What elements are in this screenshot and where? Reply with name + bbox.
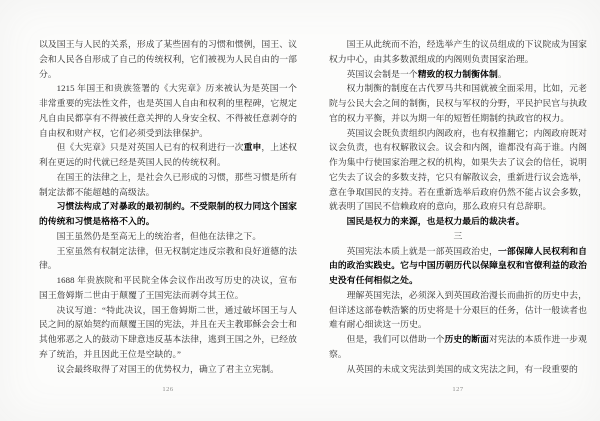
paragraph: 英国宪法本质上就是一部英国政治史，一部保障人民权利和自由的政治实践史。它与中国历…: [329, 244, 587, 288]
body-text: 决议写道：“特此决议，国王詹姆斯二世，通过破坏国王与人民之间的原始契约而颠覆王国…: [39, 305, 297, 359]
emphasis-text: 精致的权力制衡体制: [418, 69, 498, 79]
body-text: 英国宪法本质上就是一部英国政治史，: [347, 246, 498, 256]
paragraph: 习惯法构成了对暴政的最初制约。不受限制的权力同这个国家的传统和习惯是格格不入的。: [39, 199, 297, 229]
book-spread: 以及国王与人民的关系，形成了某些固有的习惯和惯例，国王、议会和人民各自形成了自己…: [0, 0, 600, 421]
paragraph: 但是，我们可以借助一个历史的断面对宪法的本质作进一步观察。: [329, 332, 587, 362]
page-right-text: 国王从此统而不治，经选举产生的议员组成的下议院成为国家权力中心，由其多数派组成的…: [329, 37, 587, 376]
body-text: 但《大宪章》只是对英国人已有的权利进行一次: [57, 142, 244, 152]
body-text: 国王虽然仍是至高无上的统治者，但他在法律之下。: [57, 231, 262, 241]
body-text: 但是，我们可以借助一个: [347, 334, 445, 344]
paragraph: 国王虽然仍是至高无上的统治者，但他在法律之下。: [39, 229, 297, 244]
paragraph: 1215 年国王和贵族签署的《大宪章》历来被认为是英国一个非常重要的宪法性文件，…: [39, 81, 297, 140]
body-text: 1688 年贵族院和平民院全体会议作出改写历史的决议，宣布国王詹姆斯二世由于颠覆…: [39, 275, 297, 300]
body-text: 三: [454, 231, 463, 241]
paragraph: 1688 年贵族院和平民院全体会议作出改写历史的决议，宣布国王詹姆斯二世由于颠覆…: [39, 273, 297, 303]
paragraph: 从英国的未成文宪法到美国的成文宪法之间，有一段重要的: [329, 362, 587, 377]
body-text: 理解英国宪法，必须深入到英国政治漫长而曲折的历史中去，但详述这部卷帙浩繁的历史将…: [329, 290, 587, 330]
body-text: 。: [498, 69, 507, 79]
body-text: 权力制衡的制度在古代罗马共和国就被全面采用，比如，元老院与公民大会之间的制衡，民…: [329, 83, 587, 123]
body-text: 英国议会制是一个: [347, 69, 418, 79]
body-text: 国王从此统而不治，经选举产生的议员组成的下议院成为国家权力中心，由其多数派组成的…: [329, 39, 587, 64]
page-right: 国王从此统而不治，经选举产生的议员组成的下议院成为国家权力中心，由其多数派组成的…: [329, 37, 587, 407]
paragraph: 决议写道：“特此决议，国王詹姆斯二世，通过破坏国王与人民之间的原始契约而颠覆王国…: [39, 303, 297, 362]
body-text: 英国议会既负责组织内阁政府，也有权推翻它；内阁政府既对议会负责，也有权解散议会。…: [329, 128, 587, 212]
body-text: 王室虽然有权制定法律，但无权制定违反宗教和良好道德的法律。: [39, 246, 297, 271]
body-text: 议会最终取得了对国王的优势权力，确立了君主立宪制。: [57, 364, 279, 374]
paragraph: 英国议会制是一个精致的权力制衡体制。: [329, 67, 587, 82]
emphasis-text: 历史的断面: [445, 334, 490, 344]
paragraph: 以及国王与人民的关系，形成了某些固有的习惯和惯例，国王、议会和人民各自形成了自己…: [39, 37, 297, 81]
body-text: 在国王的法律之上，是社会久已形成的习惯，那些习惯是所有制定法都不能超越的高级法。: [39, 172, 297, 197]
body-text: 以及国王与人民的关系，形成了某些固有的习惯和惯例，国王、议会和人民各自形成了自己…: [39, 39, 297, 79]
emphasis-text: 重申: [244, 142, 262, 152]
section-heading: 三: [329, 229, 587, 244]
paragraph: 在国王的法律之上，是社会久已形成的习惯，那些习惯是所有制定法都不能超越的高级法。: [39, 170, 297, 200]
paragraph: 国王从此统而不治，经选举产生的议员组成的下议院成为国家权力中心，由其多数派组成的…: [329, 37, 587, 67]
paragraph: 国民是权力的来源，也是权力最后的裁决者。: [329, 214, 587, 229]
page-left: 以及国王与人民的关系，形成了某些固有的习惯和惯例，国王、议会和人民各自形成了自己…: [39, 37, 297, 407]
paragraph: 但《大宪章》只是对英国人已有的权利进行一次重申，上述权利在更远的时代就已经是英国…: [39, 140, 297, 170]
emphasis-text: 习惯法构成了对暴政的最初制约。不受限制的权力同这个国家的传统和习惯是格格不入的。: [39, 201, 297, 226]
paragraph: 议会最终取得了对国王的优势权力，确立了君主立宪制。: [39, 362, 297, 377]
emphasis-text: 国民是权力的来源，也是权力最后的裁决者。: [347, 216, 525, 226]
paragraph: 权力制衡的制度在古代罗马共和国就被全面采用，比如，元老院与公民大会之间的制衡，民…: [329, 81, 587, 125]
page-right-number: 127: [329, 386, 587, 393]
paragraph: 王室虽然有权制定法律，但无权制定违反宗教和良好道德的法律。: [39, 244, 297, 274]
body-text: 1215 年国王和贵族签署的《大宪章》历来被认为是英国一个非常重要的宪法性文件，…: [39, 83, 297, 137]
paragraph: 理解英国宪法，必须深入到英国政治漫长而曲折的历史中去，但详述这部卷帙浩繁的历史将…: [329, 288, 587, 332]
paragraph: 英国议会既负责组织内阁政府，也有权推翻它；内阁政府既对议会负责，也有权解散议会。…: [329, 126, 587, 215]
page-left-text: 以及国王与人民的关系，形成了某些固有的习惯和惯例，国王、议会和人民各自形成了自己…: [39, 37, 297, 376]
body-text: 从英国的未成文宪法到美国的成文宪法之间，有一段重要的: [347, 364, 578, 374]
page-left-number: 126: [39, 386, 297, 393]
